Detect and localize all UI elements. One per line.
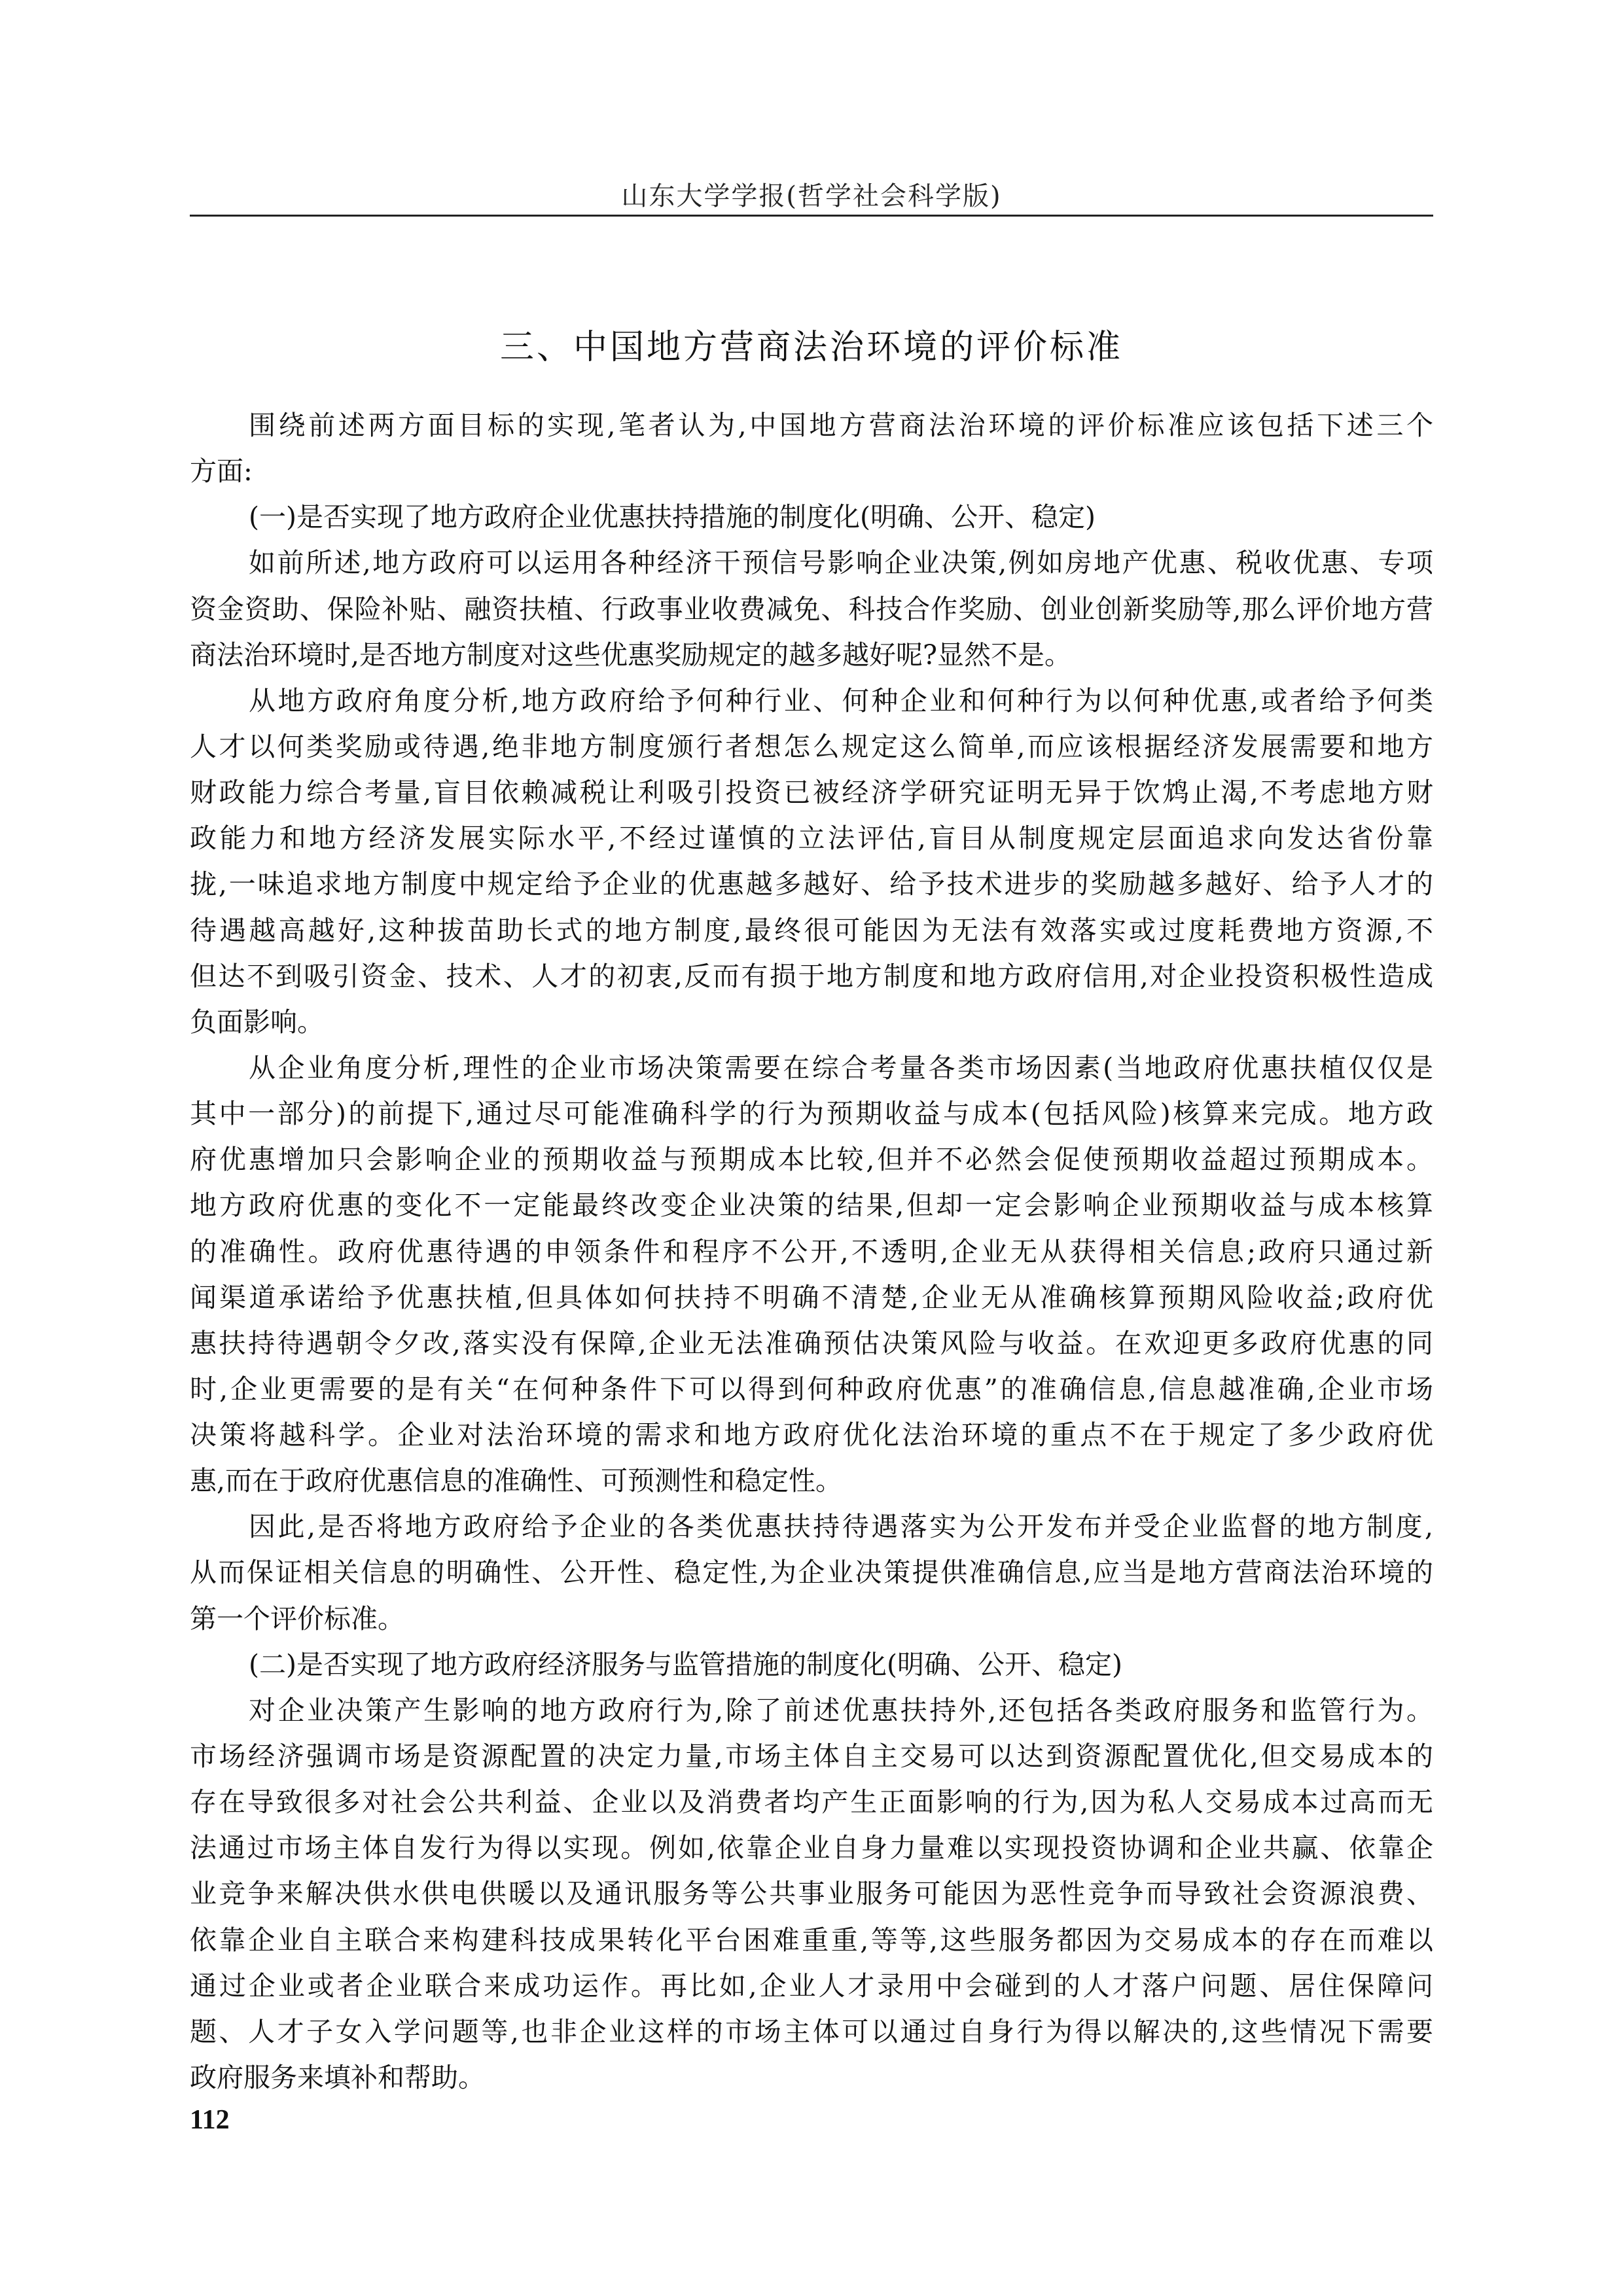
header-rule	[190, 215, 1433, 217]
text-line: 府优惠增加只会影响企业的预期收益与预期成本比较,但并不必然会促使预期收益超过预期…	[190, 1143, 1433, 1176]
text-line: 闻渠道承诺给予优惠扶植,但具体如何扶持不明确不清楚,企业无从准确核算预期风险收益…	[190, 1281, 1433, 1314]
text-line: 市场经济强调市场是资源配置的决定力量,市场主体自主交易可以达到资源配置优化,但交…	[190, 1740, 1433, 1773]
text-line: 负面影响。	[190, 1006, 1433, 1038]
text-line: 从而保证相关信息的明确性、公开性、稳定性,为企业决策提供准确信息,应当是地方营商…	[190, 1556, 1433, 1589]
text-line: 如前所述,地方政府可以运用各种经济干预信号影响企业决策,例如房地产优惠、税收优惠…	[249, 546, 1433, 579]
text-line: 的准确性。政府优惠待遇的申领条件和程序不公开,不透明,企业无从获得相关信息;政府…	[190, 1235, 1433, 1268]
text-line: 存在导致很多对社会公共利益、企业以及消费者均产生正面影响的行为,因为私人交易成本…	[190, 1786, 1433, 1818]
text-line: 惠,而在于政府优惠信息的准确性、可预测性和稳定性。	[190, 1464, 1433, 1497]
text-line: 资金资助、保险补贴、融资扶植、行政事业收费减免、科技合作奖励、创业创新奖励等,那…	[190, 593, 1433, 626]
text-line: 第一个评价标准。	[190, 1602, 1433, 1635]
text-line: 人才以何类奖励或待遇,绝非地方制度颁行者想怎么规定这么简单,而应该根据经济发展需…	[190, 730, 1433, 763]
text-line: 从地方政府角度分析,地方政府给予何种行业、何种企业和何种行为以何种优惠,或者给予…	[249, 684, 1433, 717]
running-header: 山东大学学报(哲学社会科学版)	[190, 175, 1433, 213]
text-line: 政府服务来填补和帮助。	[190, 2061, 1433, 2094]
text-line: 财政能力综合考量,盲目依赖减税让利吸引投资已被经济学研究证明无异于饮鸩止渴,不考…	[190, 776, 1433, 809]
text-line: 方面:	[190, 455, 1433, 487]
page-number: 112	[190, 2104, 230, 2136]
text-line: 但达不到吸引资金、技术、人才的初衷,反而有损于地方制度和地方政府信用,对企业投资…	[190, 960, 1433, 993]
text-line: (二)是否实现了地方政府经济服务与监管措施的制度化(明确、公开、稳定)	[249, 1648, 1433, 1681]
text-line: 待遇越高越好,这种拔苗助长式的地方制度,最终很可能因为无法有效落实或过度耗费地方…	[190, 914, 1433, 947]
text-line: 因此,是否将地方政府给予企业的各类优惠扶持待遇落实为公开发布并受企业监督的地方制…	[249, 1510, 1433, 1543]
text-line: 对企业决策产生影响的地方政府行为,除了前述优惠扶持外,还包括各类政府服务和监管行…	[249, 1694, 1433, 1727]
text-line: 决策将越科学。企业对法治环境的需求和地方政府优化法治环境的重点不在于规定了多少政…	[190, 1419, 1433, 1451]
section-title: 三、中国地方营商法治环境的评价标准	[190, 319, 1433, 368]
text-line: 时,企业更需要的是有关“在何种条件下可以得到何种政府优惠”的准确信息,信息越准确…	[190, 1373, 1433, 1405]
text-line: 其中一部分)的前提下,通过尽可能准确科学的行为预期收益与成本(包括风险)核算来完…	[190, 1097, 1433, 1130]
text-line: 依靠企业自主联合来构建科技成果转化平台困难重重,等等,这些服务都因为交易成本的存…	[190, 1924, 1433, 1956]
text-line: 商法治环境时,是否地方制度对这些优惠奖励规定的越多越好呢?显然不是。	[190, 639, 1433, 671]
text-line: 拢,一味追求地方制度中规定给予企业的优惠越多越好、给予技术进步的奖励越多越好、给…	[190, 868, 1433, 900]
text-line: 业竞争来解决供水供电供暖以及通讯服务等公共事业服务可能因为恶性竞争而导致社会资源…	[190, 1877, 1433, 1910]
text-line: 惠扶持待遇朝令夕改,落实没有保障,企业无法准确预估决策风险与收益。在欢迎更多政府…	[190, 1327, 1433, 1360]
text-line: 法通过市场主体自发行为得以实现。例如,依靠企业自身力量难以实现投资协调和企业共赢…	[190, 1831, 1433, 1864]
text-line: 从企业角度分析,理性的企业市场决策需要在综合考量各类市场因素(当地政府优惠扶植仅…	[249, 1051, 1433, 1084]
text-line: (一)是否实现了地方政府企业优惠扶持措施的制度化(明确、公开、稳定)	[249, 501, 1433, 533]
text-line: 题、人才子女入学问题等,也非企业这样的市场主体可以通过自身行为得以解决的,这些情…	[190, 2015, 1433, 2048]
text-line: 地方政府优惠的变化不一定能最终改变企业决策的结果,但却一定会影响企业预期收益与成…	[190, 1189, 1433, 1222]
text-line: 政能力和地方经济发展实际水平,不经过谨慎的立法评估,盲目从制度规定层面追求向发达…	[190, 822, 1433, 855]
text-line: 通过企业或者企业联合来成功运作。再比如,企业人才录用中会碰到的人才落户问题、居住…	[190, 1969, 1433, 2002]
text-line: 围绕前述两方面目标的实现,笔者认为,中国地方营商法治环境的评价标准应该包括下述三…	[249, 409, 1433, 442]
